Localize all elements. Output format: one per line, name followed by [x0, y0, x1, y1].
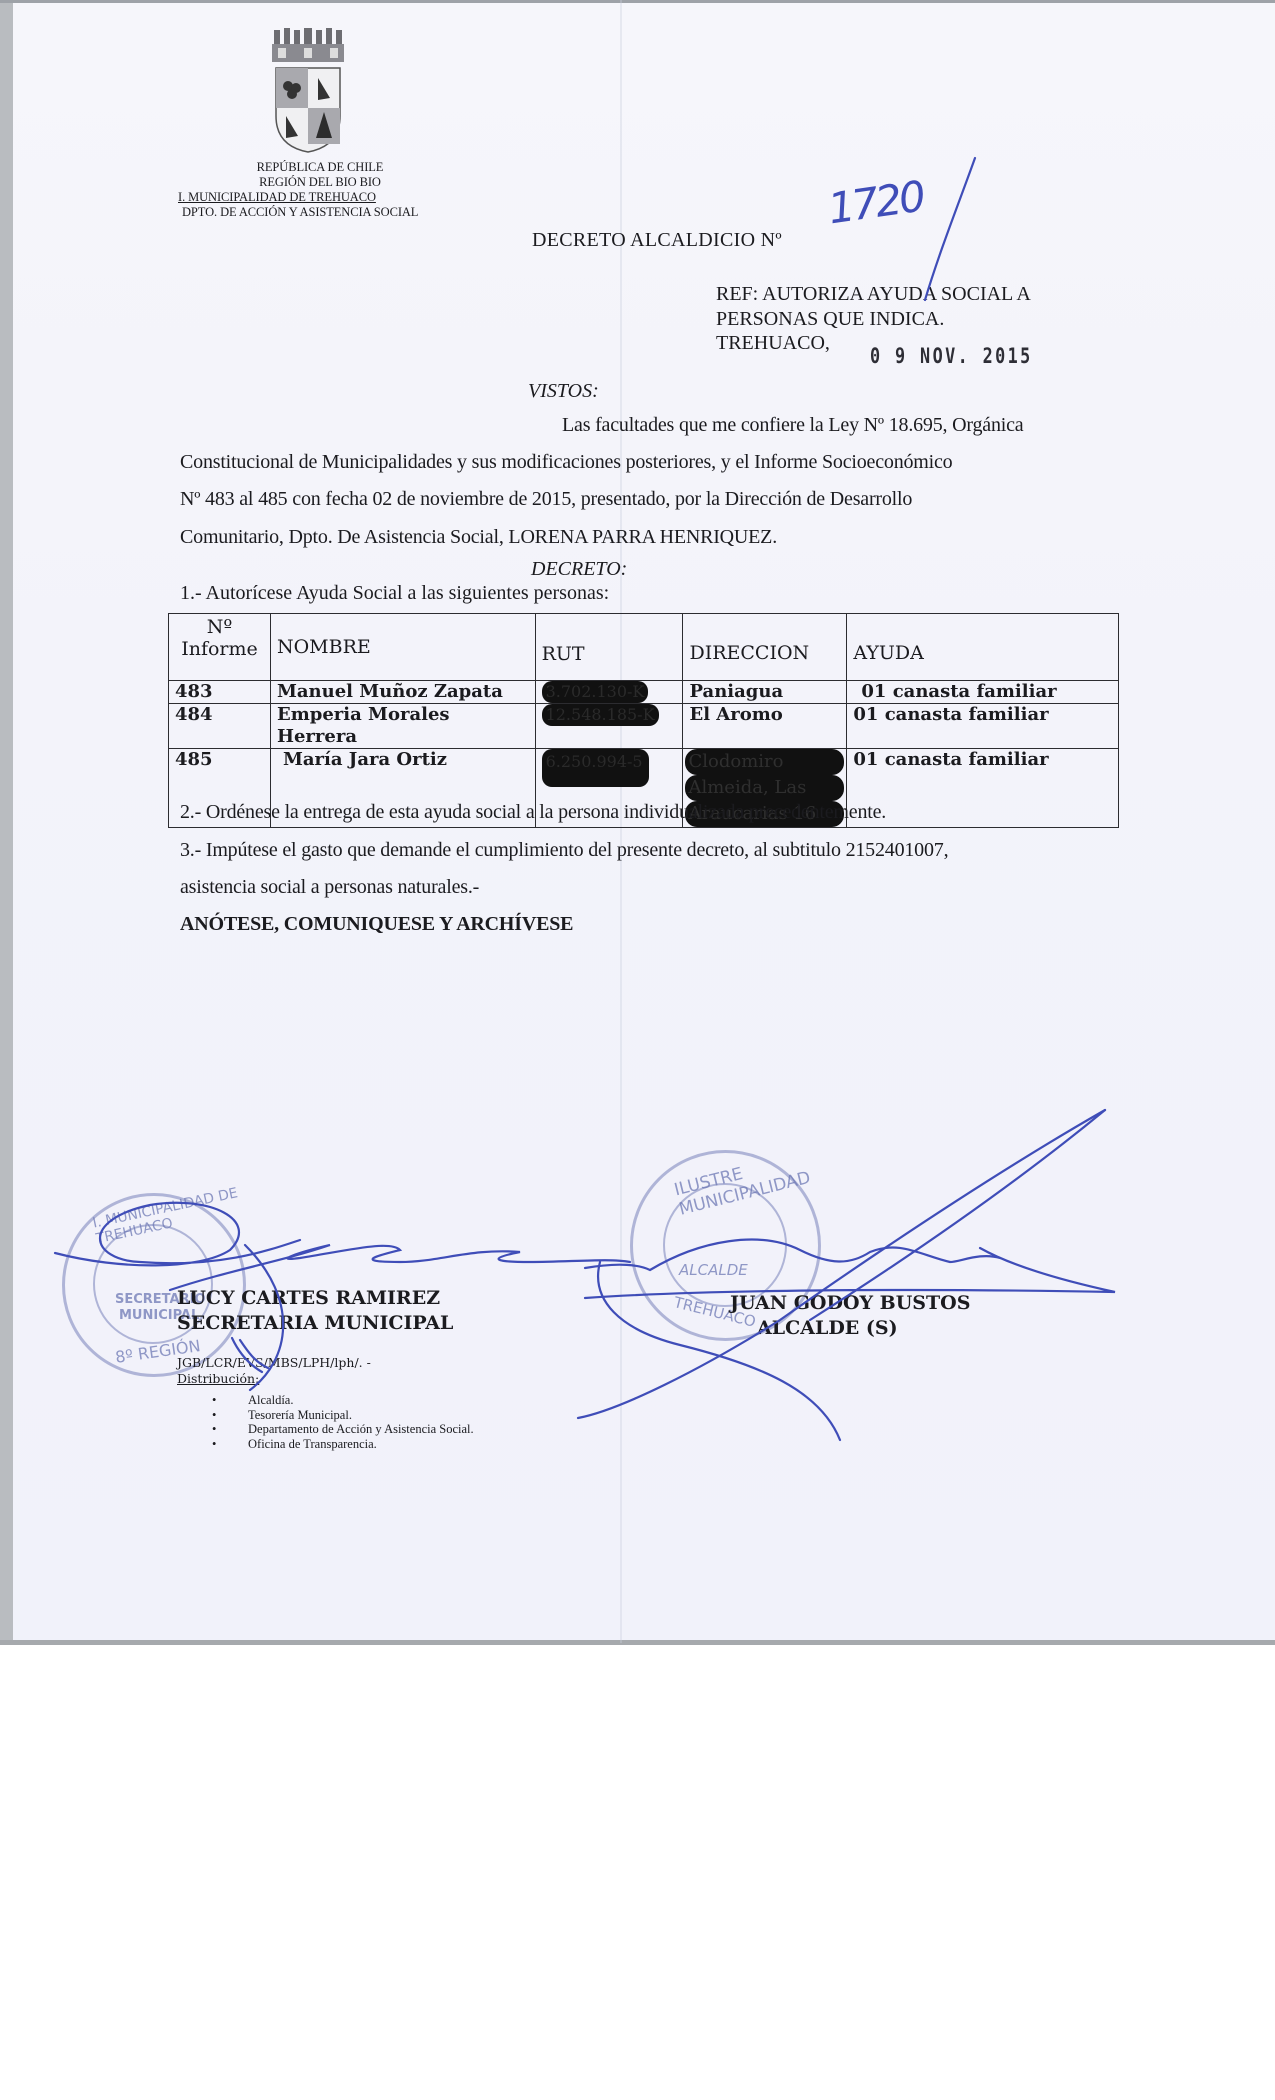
cell-informe: 484 [169, 704, 271, 749]
decreto-item-3-line-2: asistencia social a personas naturales.- [180, 867, 1100, 907]
stamp-center-text: ALCALDE [679, 1261, 748, 1279]
redacted-rut: 3.702.130-K [542, 681, 649, 703]
coat-of-arms-icon [268, 28, 348, 154]
cell-ayuda: 01 canasta familiar [847, 681, 1119, 704]
mayor-name: JUAN GODOY BUSTOS [730, 1291, 970, 1316]
cell-rut: 12.548.185-K [535, 704, 683, 749]
header-nombre: NOMBRE [270, 614, 535, 681]
secretary-name: LUCY CARTES RAMIREZ [177, 1286, 440, 1311]
ref-line-2: PERSONAS QUE INDICA. [716, 307, 944, 331]
redacted-rut: 6.250.994-5 [542, 749, 649, 787]
decreto-item-3-line-1: 3.- Impútese el gasto que demande el cum… [180, 830, 1100, 870]
header-informe: Nº Informe [169, 614, 271, 681]
list-item: Alcaldía. [212, 1393, 474, 1408]
mayor-role: ALCALDE (S) [757, 1316, 898, 1341]
scan-top-edge [0, 0, 1275, 3]
distribution-list: Alcaldía. Tesorería Municipal. Departame… [212, 1393, 474, 1451]
distribution-label: Distribución: [177, 1371, 259, 1386]
header-informe-top: Nº [207, 616, 233, 638]
table-row: 484 Emperia Morales Herrera 12.548.185-K… [169, 704, 1119, 749]
letterhead-line-region: REGIÓN DEL BIO BIO [170, 175, 470, 190]
decreto-item-2: 2.- Ordénese la entrega de esta ayuda so… [180, 792, 1100, 832]
cell-informe: 483 [169, 681, 271, 704]
ref-line-1: REF: AUTORIZA AYUDA SOCIAL A [716, 282, 1031, 306]
header-informe-bottom: Informe [181, 638, 258, 660]
cell-ayuda: 01 canasta familiar [847, 704, 1119, 749]
vistos-line-3: Nº 483 al 485 con fecha 02 de noviembre … [180, 479, 1100, 519]
header-direccion: DIRECCION [683, 614, 847, 681]
cell-nombre: Manuel Muñoz Zapata [270, 681, 535, 704]
ref-line-place: TREHUACO, [716, 331, 830, 355]
list-item: Departamento de Acción y Asistencia Soci… [212, 1422, 474, 1437]
cell-rut: 3.702.130-K [535, 681, 683, 704]
cell-direccion: Paniagua [683, 681, 847, 704]
secretary-role: SECRETARIA MUNICIPAL [177, 1311, 453, 1336]
redacted-rut: 12.548.185-K [542, 704, 659, 726]
list-item: Tesorería Municipal. [212, 1408, 474, 1423]
initials-reference: JGB/LCR/EVS/MBS/LPH/lph/. - [177, 1355, 371, 1370]
secretary-stamp: SECRETARIO MUNICIPAL 8º REGIÓN I. MUNICI… [62, 1193, 246, 1377]
letterhead-line-country: REPÚBLICA DE CHILE [170, 160, 470, 175]
date-stamp: 0 9 NOV. 2015 [870, 344, 1033, 368]
header-ayuda: AYUDA [847, 614, 1119, 681]
vistos-line-4: Comunitario, Dpto. De Asistencia Social,… [180, 517, 1100, 557]
table-header-row: Nº Informe NOMBRE RUT DIRECCION AYUDA [169, 614, 1119, 681]
vistos-line-1: Las facultades que me confiere la Ley Nº… [562, 405, 1122, 445]
list-item: Oficina de Transparencia. [212, 1437, 474, 1452]
decree-title: DECRETO ALCALDICIO Nº [532, 229, 782, 252]
redacted-address-line: Clodomiro [685, 749, 844, 775]
decreto-item-1: 1.- Autorícese Ayuda Social a las siguie… [180, 582, 609, 605]
scan-bottom-edge [0, 1640, 1275, 1645]
vistos-heading: VISTOS: [528, 380, 599, 403]
letterhead-line-department: DPTO. DE ACCIÓN Y ASISTENCIA SOCIAL [182, 205, 482, 220]
vistos-line-2: Constitucional de Municipalidades y sus … [180, 442, 1100, 482]
header-rut: RUT [535, 614, 683, 681]
decreto-heading: DECRETO: [531, 558, 627, 581]
letterhead-line-municipality: I. MUNICIPALIDAD DE TREHUACO [170, 190, 428, 205]
cell-nombre: Emperia Morales Herrera [270, 704, 535, 749]
closing-formula: ANÓTESE, COMUNIQUESE Y ARCHÍVESE [180, 904, 1100, 944]
table-row: 483 Manuel Muñoz Zapata 3.702.130-K Pani… [169, 681, 1119, 704]
scan-left-edge [0, 0, 13, 1643]
cell-direccion: El Aromo [683, 704, 847, 749]
